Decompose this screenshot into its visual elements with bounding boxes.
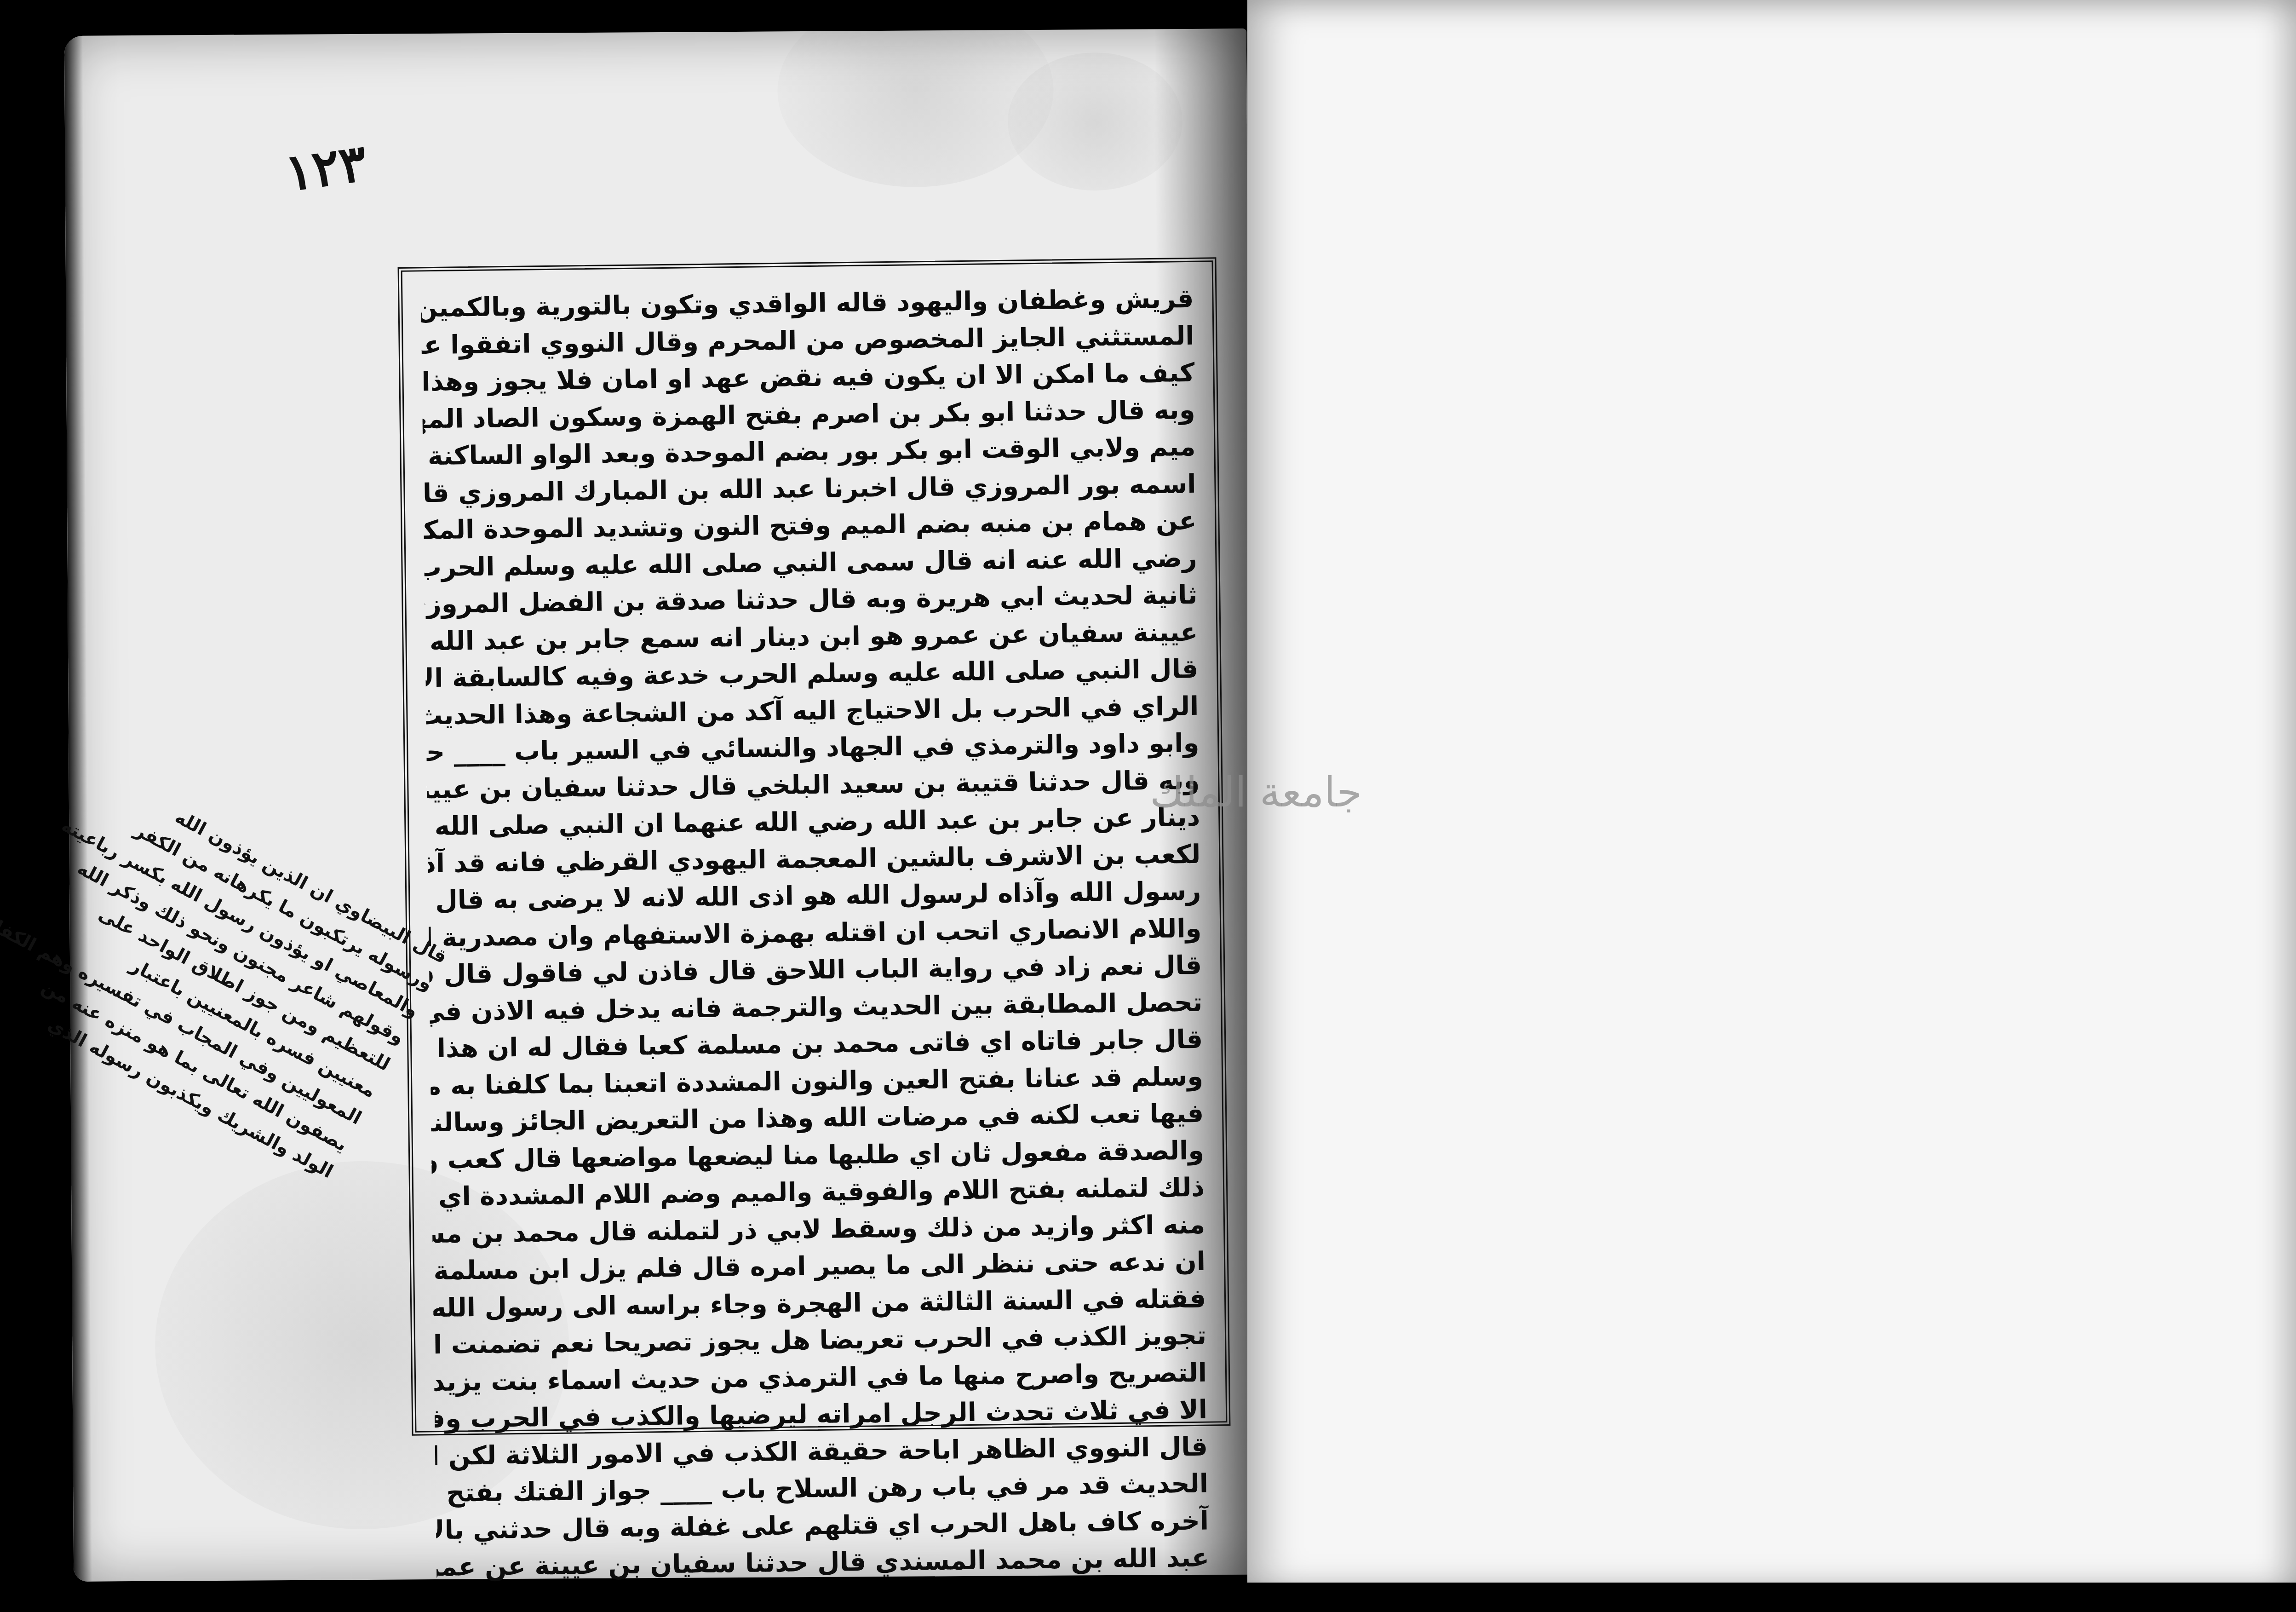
page-edge-shadow bbox=[64, 36, 92, 1582]
folio-number: ١٢٣ bbox=[281, 132, 370, 202]
right-blank-page bbox=[1247, 0, 2296, 1592]
scanned-spread: ١٢٣ قريش وغطفان واليهود قاله الواقدي وتك… bbox=[0, 0, 2296, 1612]
margin-annotation: قال البيضاوي ان الذين يؤذون الله ورسوله … bbox=[92, 667, 442, 1173]
library-watermark: جامعة الملك bbox=[1150, 768, 1362, 817]
scan-bottom-border bbox=[0, 1583, 2296, 1612]
water-stain bbox=[1007, 52, 1183, 191]
main-text-frame: قريش وغطفان واليهود قاله الواقدي وتكون ب… bbox=[398, 257, 1231, 1436]
margin-annotation-text: قال البيضاوي ان الذين يؤذون الله ورسوله … bbox=[0, 768, 453, 1186]
main-text-body: قريش وغطفان واليهود قاله الواقدي وتكون ب… bbox=[421, 281, 1209, 1586]
